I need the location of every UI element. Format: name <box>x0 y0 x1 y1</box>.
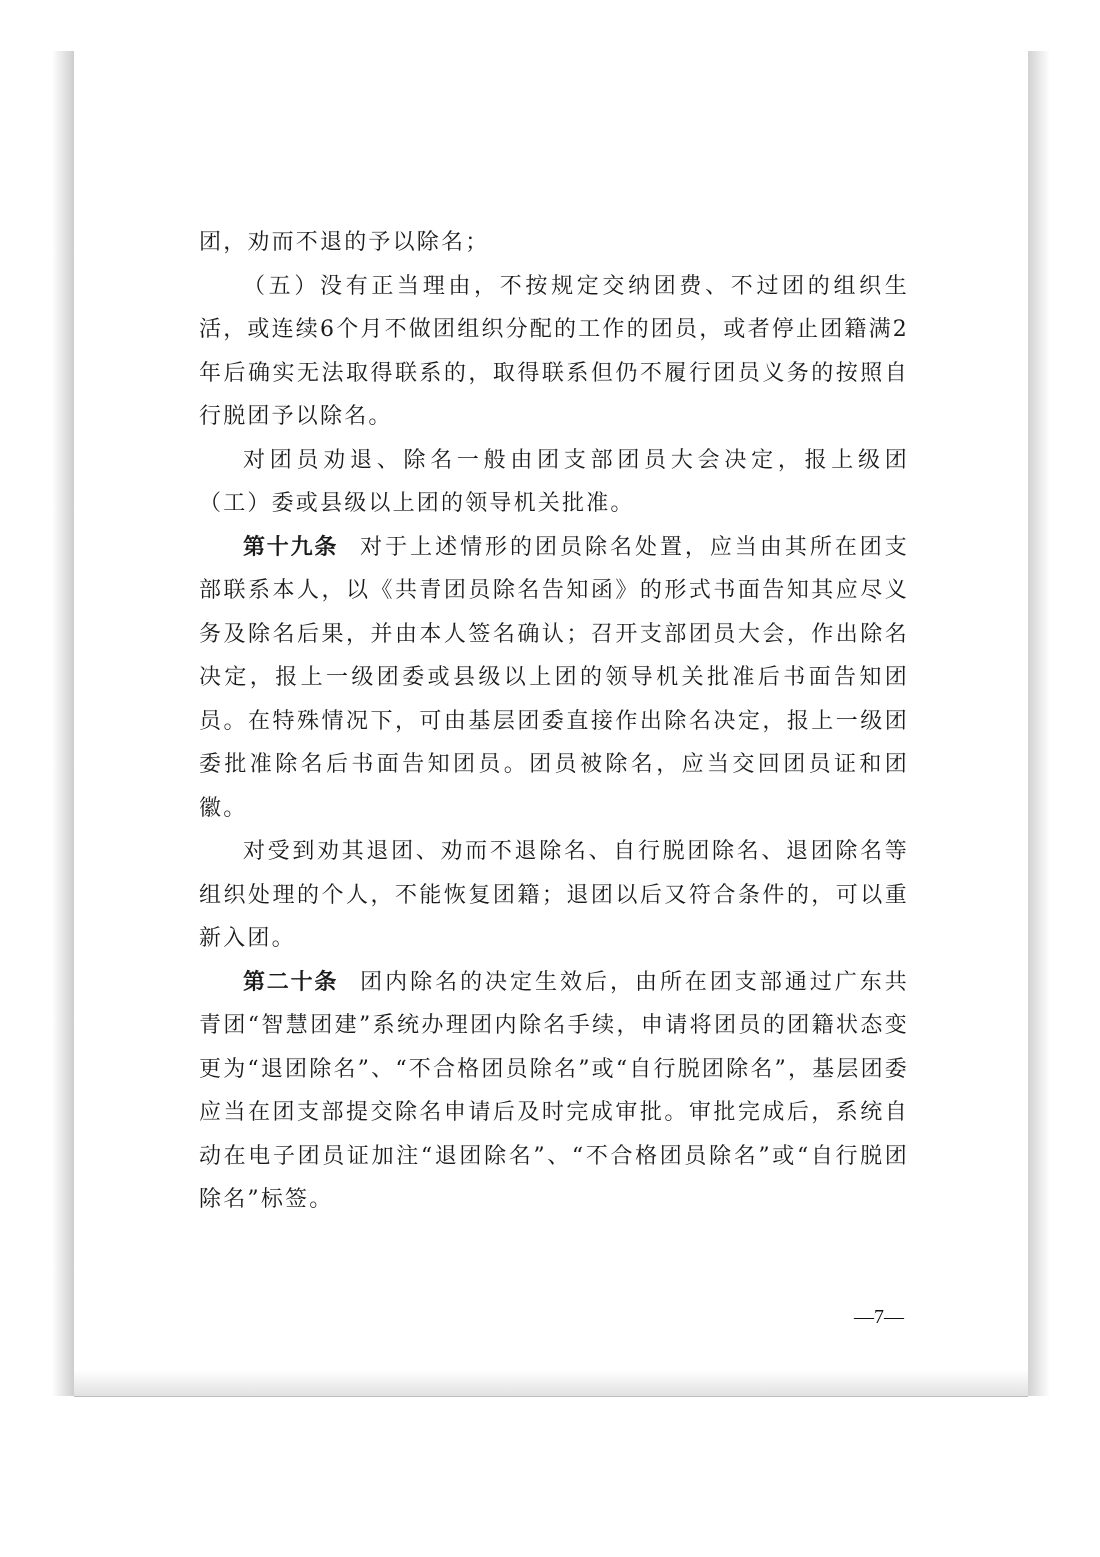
paragraph-no-restore: 对受到劝其退团、劝而不退除名、自行脱团除名、退团除名等组织处理的个人，不能恢复团… <box>199 830 909 961</box>
paragraph-text: 对于上述情形的团员除名处置，应当由其所在团支部联系本人，以《共青团员除名告知函》… <box>199 535 909 821</box>
article-19: 第十九条对于上述情形的团员除名处置，应当由其所在团支部联系本人，以《共青团员除名… <box>199 526 909 831</box>
page-shadow-left <box>52 51 74 1396</box>
document-page: 团，劝而不退的予以除名； （五）没有正当理由，不按规定交纳团费、不过团的组织生活… <box>74 51 1028 1397</box>
paragraph-text: 对团员劝退、除名一般由团支部团员大会决定，报上级团（工）委或县级以上团的领导机关… <box>199 448 909 517</box>
page-number: —7— <box>854 1306 904 1329</box>
paragraph-text: 团，劝而不退的予以除名； <box>199 230 489 255</box>
article-20-label: 第二十条 <box>243 970 338 995</box>
paragraph-continuation: 团，劝而不退的予以除名； <box>199 221 909 265</box>
page-body: 团，劝而不退的予以除名； （五）没有正当理由，不按规定交纳团费、不过团的组织生活… <box>199 221 909 1222</box>
paragraph-approval: 对团员劝退、除名一般由团支部团员大会决定，报上级团（工）委或县级以上团的领导机关… <box>199 439 909 526</box>
article-19-label: 第十九条 <box>243 535 338 560</box>
paragraph-text: （五）没有正当理由，不按规定交纳团费、不过团的组织生活，或连续6个月不做团组织分… <box>199 274 909 430</box>
page-shadow-right <box>1028 51 1050 1396</box>
page-bottom-shadow <box>74 1370 1028 1396</box>
paragraph-item-five: （五）没有正当理由，不按规定交纳团费、不过团的组织生活，或连续6个月不做团组织分… <box>199 265 909 439</box>
article-20: 第二十条团内除名的决定生效后，由所在团支部通过广东共青团“智慧团建”系统办理团内… <box>199 961 909 1222</box>
paragraph-text: 团内除名的决定生效后，由所在团支部通过广东共青团“智慧团建”系统办理团内除名手续… <box>199 970 909 1213</box>
paragraph-text: 对受到劝其退团、劝而不退除名、自行脱团除名、退团除名等组织处理的个人，不能恢复团… <box>199 839 909 951</box>
